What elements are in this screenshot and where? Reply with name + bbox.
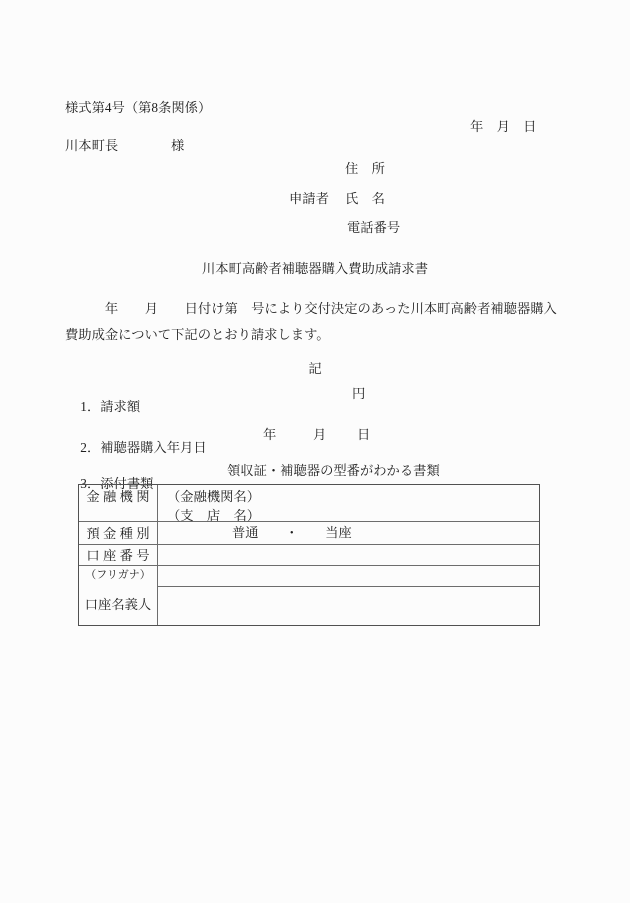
- addressee-honorific: 様: [171, 139, 184, 152]
- applicant-label: 申請者: [289, 192, 329, 205]
- institution-label: 金 融 機 関: [79, 490, 157, 503]
- item-2: 2．補聴器購入年月日: [67, 428, 207, 468]
- item-2-label: 補聴器購入年月日: [100, 440, 206, 455]
- table-row-line-4: [157, 586, 539, 587]
- addressee: 川本町長: [65, 139, 118, 152]
- item-1-number: 1．: [80, 399, 100, 414]
- table-row-line-3: [79, 565, 539, 566]
- applicant-phone-label: 電話番号: [347, 221, 400, 234]
- table-row-line-2: [79, 544, 539, 545]
- table-row-line-1: [79, 521, 539, 522]
- item-2-year-label: 年: [263, 428, 276, 441]
- deposit-type-options: 普通 ・ 当座: [232, 526, 352, 539]
- institution-name-placeholder: （金融機関名）: [167, 490, 260, 503]
- body-paragraph-line1: 年 月 日付け第 号により交付決定のあった川本町高齢者補聴器購入: [65, 302, 557, 315]
- account-holder-label: 口座名義人: [79, 598, 157, 611]
- applicant-name-label: 氏 名: [345, 192, 385, 205]
- deposit-type-label: 預 金 種 別: [79, 527, 157, 540]
- date-line: 年 月 日: [470, 120, 536, 133]
- furigana-label: （フリガナ）: [79, 570, 157, 581]
- item-2-number: 2．: [80, 440, 100, 455]
- account-number-label: 口 座 番 号: [79, 549, 157, 562]
- item-2-month-label: 月: [313, 428, 326, 441]
- item-1: 1．請求額: [67, 387, 140, 427]
- ki-heading: 記: [0, 362, 630, 375]
- document-title: 川本町高齢者補聴器購入費助成請求書: [0, 262, 630, 275]
- table-column-divider: [157, 485, 158, 625]
- bank-account-table: 金 融 機 関 （金融機関名） （支 店 名） 預 金 種 別 普通 ・ 当座 …: [78, 484, 540, 626]
- body-paragraph-line2: 費助成金について下記のとおり請求します。: [65, 328, 330, 341]
- item-3-value: 領収証・補聴器の型番がわかる書類: [227, 464, 440, 477]
- form-number: 様式第4号（第8条関係）: [65, 101, 211, 114]
- applicant-address-label: 住 所: [345, 162, 385, 175]
- branch-name-placeholder: （支 店 名）: [167, 509, 260, 522]
- item-1-label: 請求額: [100, 399, 140, 414]
- document-page: 様式第4号（第8条関係） 年 月 日 川本町長 様 住 所 申請者 氏 名 電話…: [0, 0, 630, 903]
- item-2-day-label: 日: [357, 428, 370, 441]
- item-1-unit: 円: [352, 387, 365, 400]
